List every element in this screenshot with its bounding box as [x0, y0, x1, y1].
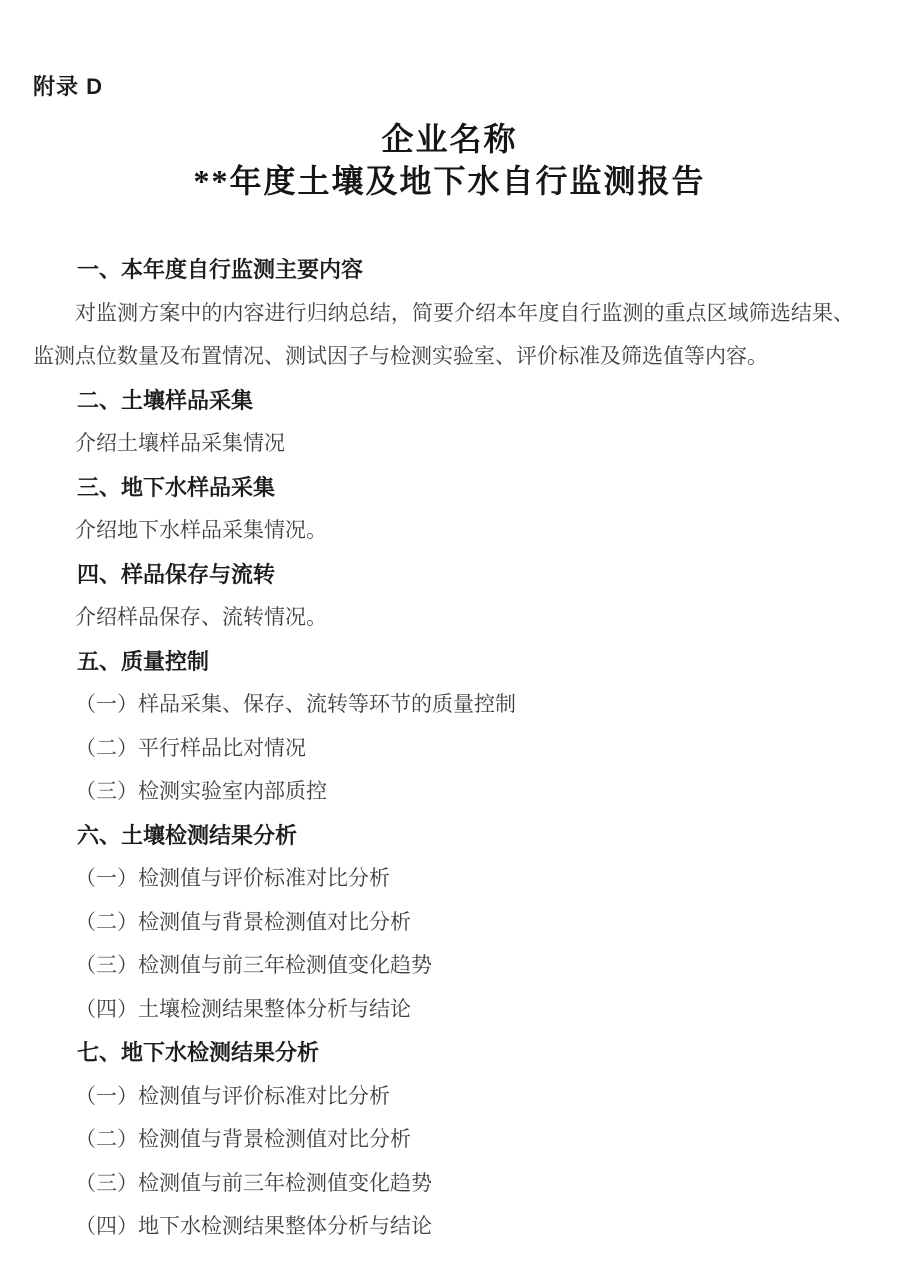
section-5-item-3: （三）检测实验室内部质控 — [33, 770, 854, 814]
section-7-heading: 七、地下水检测结果分析 — [33, 1031, 854, 1075]
section-4-paragraph: 介绍样品保存、流转情况。 — [33, 596, 854, 640]
section-3-paragraph: 介绍地下水样品采集情况。 — [33, 509, 854, 553]
section-7-item-4: （四）地下水检测结果整体分析与结论 — [33, 1205, 854, 1249]
section-6-heading: 六、土壤检测结果分析 — [33, 814, 854, 858]
appendix-label: 附录 D — [33, 74, 899, 100]
section-7-item-2: （二）检测值与背景检测值对比分析 — [33, 1118, 854, 1162]
section-1-paragraph: 对监测方案中的内容进行归纳总结，简要介绍本年度自行监测的重点区域筛选结果、监测点… — [33, 292, 854, 379]
report-outline: 一、本年度自行监测主要内容 对监测方案中的内容进行归纳总结，简要介绍本年度自行监… — [0, 248, 899, 1249]
section-6-item-2: （二）检测值与背景检测值对比分析 — [33, 901, 854, 945]
section-1-heading: 一、本年度自行监测主要内容 — [33, 248, 854, 292]
document-page: 附录 D 企业名称 **年度土壤及地下水自行监测报告 一、本年度自行监测主要内容… — [0, 0, 899, 1274]
section-6-item-3: （三）检测值与前三年检测值变化趋势 — [33, 944, 854, 988]
section-5-item-2: （二）平行样品比对情况 — [33, 727, 854, 771]
section-5-heading: 五、质量控制 — [33, 640, 854, 684]
section-5-item-1: （一）样品采集、保存、流转等环节的质量控制 — [33, 683, 854, 727]
report-title-company: 企业名称 — [0, 118, 899, 160]
title-block: 企业名称 **年度土壤及地下水自行监测报告 — [0, 118, 899, 202]
section-6-item-4: （四）土壤检测结果整体分析与结论 — [33, 988, 854, 1032]
report-title-main: **年度土壤及地下水自行监测报告 — [0, 160, 899, 202]
section-4-heading: 四、样品保存与流转 — [33, 553, 854, 597]
section-7-item-3: （三）检测值与前三年检测值变化趋势 — [33, 1162, 854, 1206]
section-2-heading: 二、土壤样品采集 — [33, 379, 854, 423]
section-3-heading: 三、地下水样品采集 — [33, 466, 854, 510]
section-2-paragraph: 介绍土壤样品采集情况 — [33, 422, 854, 466]
section-7-item-1: （一）检测值与评价标准对比分析 — [33, 1075, 854, 1119]
section-6-item-1: （一）检测值与评价标准对比分析 — [33, 857, 854, 901]
